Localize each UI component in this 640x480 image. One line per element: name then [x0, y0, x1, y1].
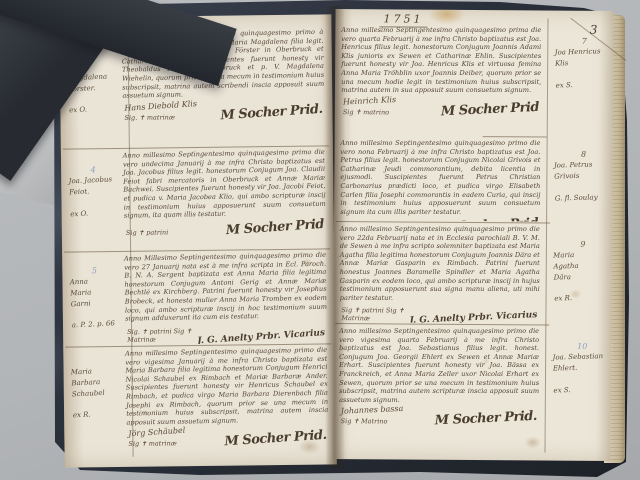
register-entry: Anno millesimo Septingentesimo quinquage…	[334, 136, 613, 222]
entry-number: 7	[555, 37, 613, 46]
witness-block: Heinrich Klis Sig ✝ matrino	[343, 96, 396, 116]
witness-signature: Hans Diebold Klis	[124, 99, 197, 113]
signature-row: Heinrich Klis Sig ✝ matrino M Socher Pri…	[341, 96, 541, 117]
sign-mark-line: Sig ✝ patrini	[126, 228, 168, 237]
entry-body-cell: Anno Millesimo Septingentesimo quinquage…	[118, 249, 335, 345]
signature-row: Sig. ✝ patrini Sig ✝ Matrinæ J. G. Anelt…	[125, 322, 327, 343]
witness-block: Jörg Schäubel Sig ✝ matrinæ	[128, 428, 185, 449]
left-page: 1751 3 Maria Magdalena Förster. ex O. An…	[59, 14, 336, 467]
margin-note: Maria Barbara Schaubel ex R.	[63, 347, 120, 460]
priest-signature: M Socher Prid.	[224, 428, 327, 450]
entry-text: Anno millesimo Septingentesimo quinquage…	[340, 139, 540, 216]
right-page: 1751 3 Anno millesimo Septingentesimo qu…	[332, 9, 613, 461]
entry-text: Anno millesimo Septingentesimo quinquage…	[339, 327, 539, 404]
entry-name: Joa Henricus Klis ex S.	[555, 46, 614, 91]
sign-mark-line: Sig ✝ patrini Sig ✝ Matrinæ	[341, 306, 409, 322]
register-entry: Anno millesimo Septingentesimo quinquage…	[335, 23, 614, 137]
register-entry: 4 Joa. Jacobus Feiot. ex O. Anno millesi…	[61, 146, 334, 250]
margin-note: 8 Joa. Petrus Grivois G. fl. Soulay	[548, 138, 613, 222]
entry-body-cell: Anno millesimo Septingentesimo quinquage…	[334, 136, 549, 221]
priest-signature: M Socher Prid	[225, 217, 324, 238]
witness-block: Sig ✝ patrini Sig ✝ Matrinæ	[341, 303, 409, 322]
priest-signature: M Socher Prid.	[434, 409, 537, 429]
entry-text: Anno millesimo Septingentesimo quinquage…	[125, 346, 328, 427]
sign-mark-line: Sig ✝ Matrino	[341, 417, 404, 425]
register-entry: Maria Barbara Schaubel ex R. Anno milles…	[63, 344, 336, 459]
signature-row: Sig ✝ patrini Sig ✝ Matrinæ J. G. Anelty…	[339, 303, 539, 323]
sign-mark-line: Sig ✝ matrinæ	[128, 440, 185, 449]
entry-text: Anno Millesimo Septingentesimo quinquage…	[124, 251, 327, 324]
entry-name: Joa. Petrus Grivois G. fl. Soulay	[554, 159, 613, 204]
signature-row: Johannes bassa Sig ✝ Matrino M Socher Pr…	[339, 405, 539, 426]
sign-mark-line: Sig. ✝ matrinæ	[124, 113, 197, 122]
entry-name: Joa. Jacobus Feiot. ex O.	[68, 174, 118, 220]
register-entry: Anno millesimo Septingentesimo quinquage…	[333, 222, 612, 324]
witness-signature: Jörg Schäubel	[128, 426, 185, 439]
signature-row: Hans Diebold Klis Sig. ✝ matrinæ M Soche…	[122, 99, 324, 121]
margin-note: 4 Joa. Jacobus Feiot. ex O.	[61, 149, 118, 251]
margin-note: 9 Maria Agatha Dära ex R.	[547, 224, 612, 324]
witness-block: Johannes bassa Sig ✝ Matrino	[341, 405, 404, 425]
register-entry: 5 Anna Maria Garni a. P. 2. p. 66 Anno M…	[62, 249, 335, 345]
entry-number: 8	[555, 150, 613, 159]
witness-block: Sig ✝ patrini	[126, 225, 169, 237]
margin-note: 7 Joa Henricus Klis ex S.	[549, 25, 614, 137]
entry-body-cell: Anno millesimo Septingentesimo quinquage…	[333, 324, 548, 450]
entry-number: 4	[69, 165, 117, 175]
signature-row: Jörg Schäubel Sig ✝ matrinæ M Socher Pri…	[126, 426, 328, 448]
entry-body-cell: Anno millesimo Septingentesimo quinquage…	[335, 23, 550, 136]
witness-block: Sig. ✝ patrini Sig ✝ Matrinæ	[127, 324, 197, 344]
priest-signature: M Socher Prid	[440, 100, 539, 119]
witness-block: Hans Diebold Klis Sig. ✝ matrinæ	[124, 101, 197, 122]
entry-text: Anno millesimo Septingentesimo quinquage…	[123, 148, 326, 221]
entry-body-cell: Anno millesimo Septingentesimo quinquage…	[117, 146, 334, 250]
entry-number: 10	[553, 342, 611, 351]
entry-name: Maria Barbara Schaubel ex R.	[71, 365, 122, 421]
sign-mark-line: Sig ✝ matrino	[343, 108, 396, 116]
entry-text: Anno millesimo Septingentesimo quinquage…	[340, 225, 540, 302]
priest-signature: M Socher Prid.	[220, 102, 323, 124]
witness-signature: Heinrich Klis	[343, 95, 397, 106]
entry-body-cell: Anno millesimo Septingentesimo quinquage…	[119, 344, 336, 459]
entry-number: 5	[70, 266, 118, 276]
margin-note: 5 Anna Maria Garni a. P. 2. p. 66	[62, 252, 119, 346]
entry-text: Anno millesimo Septingentesimo quinquage…	[341, 26, 541, 95]
register-entry: Anno millesimo Septingentesimo quinquage…	[333, 324, 612, 451]
entry-name: Joa. Sebastian Ehlert. ex S.	[552, 351, 611, 396]
sign-mark-line: Sig. ✝ patrini Sig ✝ Matrinæ	[127, 327, 197, 344]
signature-row: Sig ✝ patrini M Socher Prid	[124, 219, 326, 236]
entry-number: 9	[554, 240, 612, 249]
margin-note: 10 Joa. Sebastian Ehlert. ex S.	[546, 326, 611, 451]
vicar-signature: J. G. Anelty Prbr. Vicarius	[409, 310, 537, 324]
entry-name: Anna Maria Garni a. P. 2. p. 66	[70, 275, 121, 331]
entry-name: Maria Agatha Dära ex R.	[553, 249, 612, 305]
entry-body-cell: Anno millesimo Septingentesimo quinquage…	[333, 222, 548, 323]
book-gutter-shadow	[325, 6, 345, 468]
witness-signature: Johannes bassa	[341, 404, 404, 416]
photo-of-register: 1751 3 Maria Magdalena Förster. ex O. An…	[0, 0, 640, 480]
